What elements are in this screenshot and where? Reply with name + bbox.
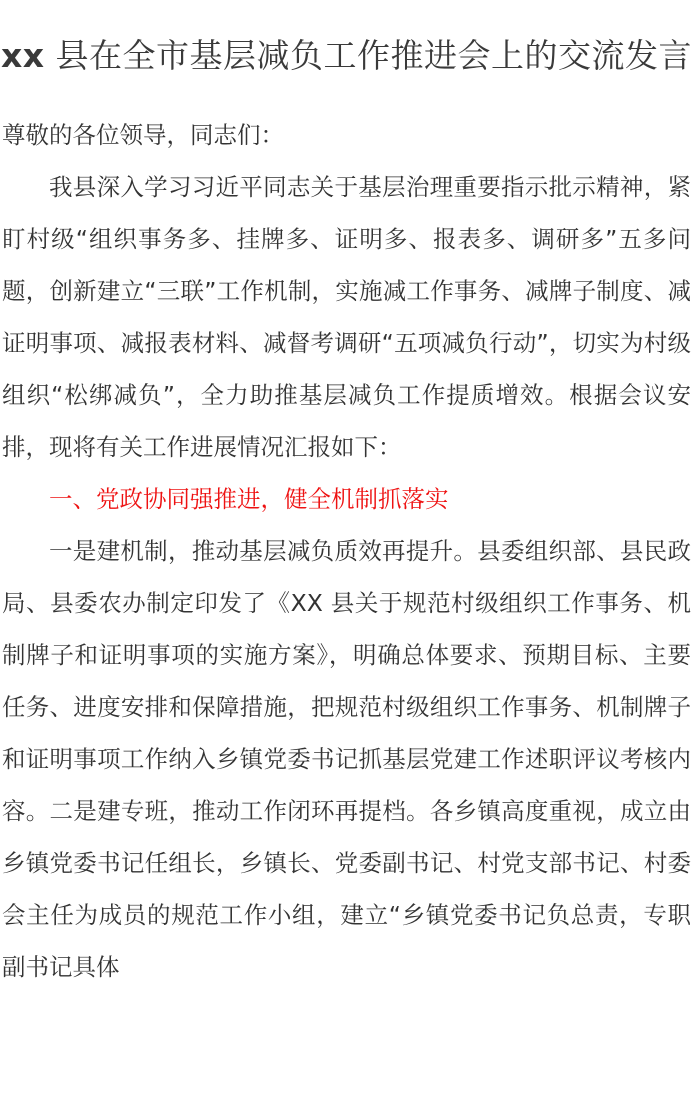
title-prefix: xx — [1, 36, 45, 75]
document-title: xx 县在全市基层减负工作推进会上的交流发言 — [0, 0, 693, 82]
title-text: 县在全市基层减负工作推进会上的交流发言 — [45, 36, 693, 75]
section-heading-1: 一、党政协同强推进，健全机制抓落实 — [2, 473, 691, 525]
salutation: 尊敬的各位领导，同志们： — [2, 109, 691, 161]
section-1-paragraph: 一是建机制，推动基层减负质效再提升。县委组织部、县民政局、县委农办制定印发了《X… — [2, 525, 691, 993]
document-body: 尊敬的各位领导，同志们： 我县深入学习习近平同志关于基层治理重要指示批示精神，紧… — [0, 109, 693, 993]
intro-paragraph: 我县深入学习习近平同志关于基层治理重要指示批示精神，紧盯村级“组织事务多、挂牌多… — [2, 161, 691, 473]
document-page: xx 县在全市基层减负工作推进会上的交流发言 尊敬的各位领导，同志们： 我县深入… — [0, 0, 693, 993]
